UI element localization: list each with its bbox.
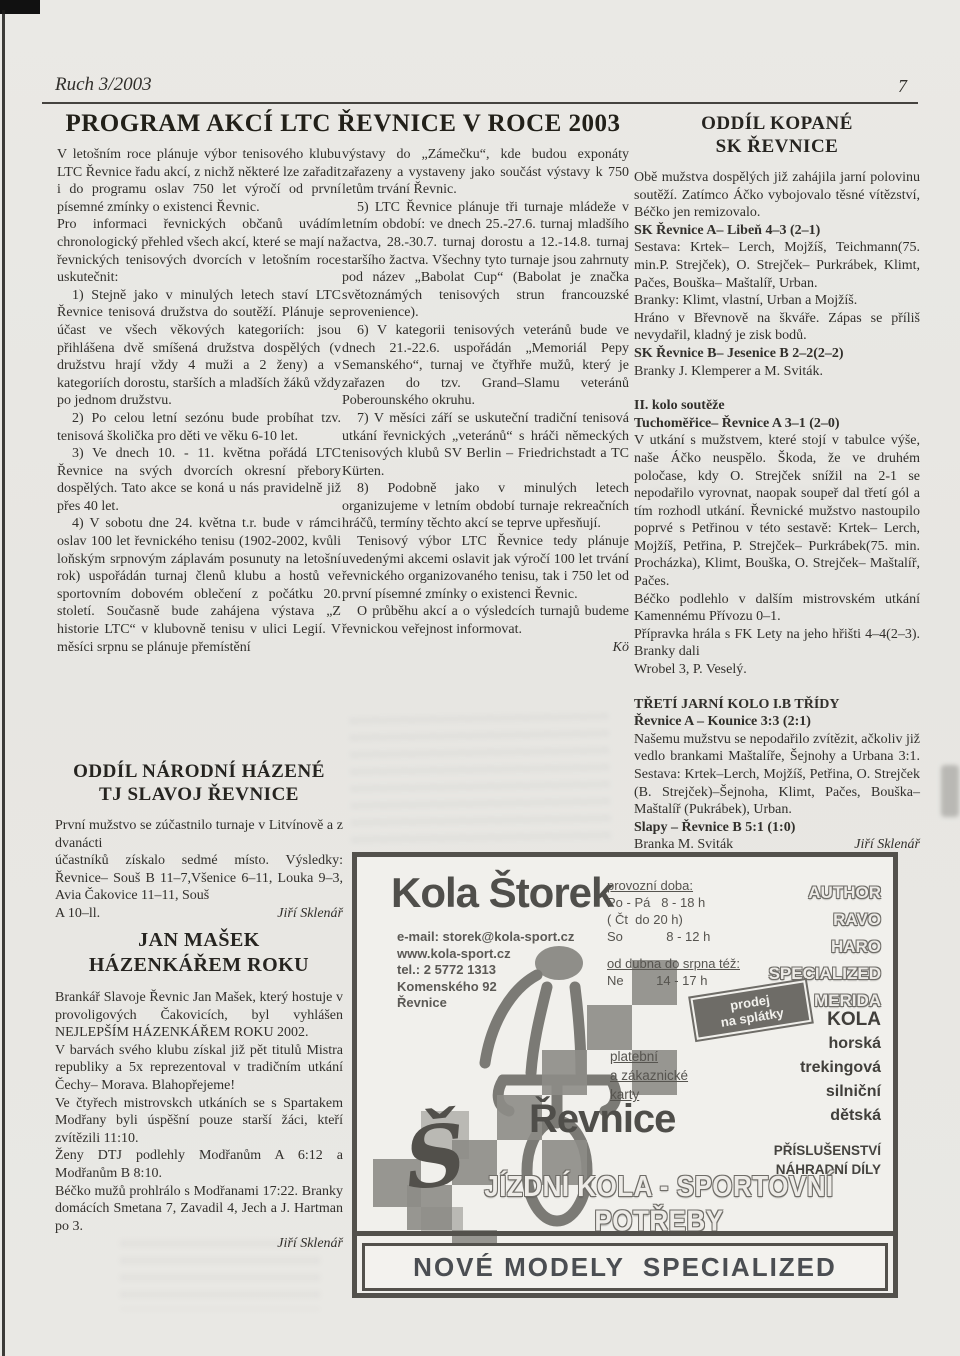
tennis-paragraph: 1) Stejně jako v minulých letech staví L… — [57, 287, 341, 410]
tennis-paragraph: Tenisový výbor LTC Řevnice tedy plánuje … — [342, 533, 629, 603]
bike-type: silniční — [800, 1080, 881, 1104]
tennis-column-2: výstavy do „Zámečku“, kde budou exponáty… — [342, 146, 629, 656]
hazena-paragraph: A 10–ll.Jiří Sklenář — [55, 905, 343, 923]
tennis-paragraph: 3) Ve dnech 10. - 11. května pořádá LTC … — [57, 445, 341, 515]
brand-name: AUTHOR — [769, 879, 881, 906]
football-paragraph: Branky: Klimt, vlastní, Urban a Mojžíš. — [634, 292, 920, 310]
ad-banner: JÍZDNÍ KOLA - SPORTOVNÍ POTŘEBY — [423, 1169, 895, 1238]
tennis-paragraph: výstavy do „Zámečku“, kde budou exponáty… — [342, 146, 629, 199]
shop-name: Kola Štorek — [391, 869, 613, 917]
hazena-paragraph: účastníků získalo sedmé místo. Výsledky:… — [55, 852, 343, 905]
contact-line: e-mail: storek@kola-sport.cz — [397, 929, 574, 946]
hazena-title-line1: ODDÍL NÁRODNÍ HÁZENÉ — [55, 760, 343, 783]
tennis-article-title: PROGRAM AKCÍ LTC ŘEVNICE V ROCE 2003 — [58, 110, 628, 138]
football-paragraph: Hráno v Břevnově na škváře. Zápas se pří… — [634, 310, 920, 345]
football-title-line1: ODDÍL KOPANÉ — [634, 112, 920, 135]
contact-line: tel.: 2 5772 1313 — [397, 962, 574, 979]
newspaper-page: Ruch 3/2003 7 PROGRAM AKCÍ LTC ŘEVNICE V… — [0, 0, 960, 1356]
football-paragraph: Tuchoměřice– Řevnice A 3–1 (2–0) — [634, 415, 920, 433]
opening-hours: provozní doba: Po - Pá 8 - 18 h( Čt do 2… — [607, 877, 740, 989]
tennis-paragraph: 4) V sobotu dne 24. května t.r. bude v r… — [57, 515, 341, 656]
scan-artifact — [0, 0, 40, 14]
brand-name: SPECIALIZED — [769, 960, 881, 987]
tennis-paragraph: Kö — [342, 639, 629, 657]
hazena-article: ODDÍL NÁRODNÍ HÁZENÉ TJ SLAVOJ ŘEVNICE P… — [55, 760, 343, 923]
masek-paragraph: Brankář Slavoje Řevnic Jan Mašek, který … — [55, 989, 343, 1042]
hours-line: Ne 14 - 17 h — [607, 972, 740, 989]
bike-type: trekingová — [800, 1056, 881, 1080]
football-body: Obě mužstva dospělých již zahájila jarní… — [634, 169, 920, 854]
payment-cards-note: platebnía zákaznickékarty — [610, 1047, 688, 1104]
tennis-paragraph: Pro informaci řevnických občanů uvádím c… — [57, 216, 341, 286]
football-paragraph: Béčko podlehlo v dalším mistrovském utká… — [634, 591, 920, 626]
masek-article: JAN MAŠEK HÁZENKÁŘEM ROKU Brankář Slavoj… — [55, 928, 343, 1253]
shop-contact: e-mail: storek@kola-sport.czwww.kola-spo… — [397, 929, 574, 1012]
football-paragraph: SK Řevnice A– Libeň 4–3 (2–1) — [634, 222, 920, 240]
ad-bottom-banner-text: NOVÉ MODELY SPECIALIZED — [413, 1252, 837, 1283]
bike-types: KOLA horskátrekingovásilničnídětská — [800, 1007, 881, 1128]
tennis-paragraph: 6) V kategorii tenisových veteránů bude … — [342, 322, 629, 410]
football-article: ODDÍL KOPANÉ SK ŘEVNICE Obě mužstva dosp… — [634, 112, 920, 854]
kola-word: KOLA — [800, 1007, 881, 1032]
football-paragraph: Wrobel 3, P. Veselý. — [634, 661, 920, 679]
tennis-paragraph: O průběhu akcí a o výsledcích turnajů bu… — [342, 603, 629, 638]
football-paragraph: Obě mužstva dospělých již zahájila jarní… — [634, 169, 920, 222]
masek-paragraph: Ženy DTJ podlehly Modřanům A 6:12 a Modř… — [55, 1147, 343, 1182]
tennis-paragraph: 2) Po celou letní sezónu bude probíhat t… — [57, 410, 341, 445]
brand-name: HARO — [769, 933, 881, 960]
football-title-line2: SK ŘEVNICE — [634, 135, 920, 158]
football-paragraph: Našemu mužstvu se nepodařilo zvítězit, a… — [634, 731, 920, 819]
tennis-paragraph: 5) LTC Řevnice plánuje tři turnaje mláde… — [342, 199, 629, 322]
football-paragraph: Branky J. Klemperer a M. Sviták. — [634, 363, 920, 381]
hazena-paragraph-signature: Jiří Sklenář — [277, 905, 343, 923]
hours-title: provozní doba: — [607, 877, 740, 894]
cards-line: platební — [610, 1047, 688, 1066]
bleed-through — [349, 713, 611, 848]
tennis-column-1: V letošním roce plánuje výbor tenisového… — [57, 146, 341, 656]
scan-edge-line — [2, 10, 5, 1356]
bike-shop-ad: Š Kola Štorek e-mail: storek@kola-sport.… — [352, 852, 898, 1298]
masek-title-line2: HÁZENKÁŘEM ROKU — [55, 953, 343, 978]
hours2-title: od dubna do srpna též: — [607, 955, 740, 972]
installment-stamp: prodej na splátky — [693, 982, 810, 1037]
football-paragraph: Řevnice A – Kounice 3:3 (2:1) — [634, 713, 920, 731]
contact-line: www.kola-sport.cz — [397, 946, 574, 963]
brand-name: RAVO — [769, 906, 881, 933]
header-rule — [42, 102, 918, 104]
masek-paragraph: Béčko mužů prohlrálo s Modřanami 17:22. … — [55, 1183, 343, 1236]
masek-paragraph: V barvách svého klubu získal již pět tit… — [55, 1042, 343, 1095]
football-paragraph: V utkání s mužstvem, které stojí v tabul… — [634, 432, 920, 590]
football-paragraph: II. kolo soutěže — [634, 397, 920, 415]
hazena-paragraph: První mužstvo se zúčastnilo turnaje v Li… — [55, 817, 343, 852]
hazena-paragraph-left: A 10–ll. — [55, 905, 100, 923]
hours-line: So 8 - 12 h — [607, 928, 740, 945]
bike-type: horská — [800, 1032, 881, 1056]
accessories-line: PŘÍSLUŠENSTVÍ — [774, 1141, 881, 1160]
hazena-body: První mužstvo se zúčastnilo turnaje v Li… — [55, 817, 343, 923]
hazena-title-line2: TJ SLAVOJ ŘEVNICE — [55, 783, 343, 806]
scan-smudge — [941, 765, 959, 817]
hours-line: Po - Pá 8 - 18 h — [607, 894, 740, 911]
shop-city: Řevnice — [529, 1097, 675, 1142]
masek-title-line1: JAN MAŠEK — [55, 928, 343, 953]
ad-bottom-band-box: NOVÉ MODELY SPECIALIZED — [362, 1243, 888, 1291]
football-paragraph: SK Řevnice B– Jesenice B 2–2(2–2) — [634, 345, 920, 363]
masek-body: Brankář Slavoje Řevnic Jan Mašek, který … — [55, 989, 343, 1253]
football-paragraph: TŘETÍ JARNÍ KOLO I.B TŘÍDY — [634, 696, 920, 714]
tennis-paragraph: V letošním roce plánuje výbor tenisového… — [57, 146, 341, 216]
football-paragraph: Přípravka hrála s FK Lety na jeho hřišti… — [634, 626, 920, 661]
masek-paragraph: Jiří Sklenář — [55, 1235, 343, 1253]
ad-bottom-band: NOVÉ MODELY SPECIALIZED — [352, 1231, 898, 1298]
tennis-paragraph: 8) Podobně jako v minulých letech organi… — [342, 480, 629, 533]
hours-line: ( Čt do 20 h) — [607, 911, 740, 928]
contact-line: Komenského 92 — [397, 979, 574, 996]
football-paragraph: Sestava: Krtek– Lerch, Mojžíš, Teichmann… — [634, 239, 920, 292]
bike-type: dětská — [800, 1104, 881, 1128]
page-number: 7 — [898, 76, 907, 97]
journal-title: Ruch 3/2003 — [55, 74, 152, 96]
contact-line: Řevnice — [397, 995, 574, 1012]
football-paragraph: Slapy – Řevnice B 5:1 (1:0) — [634, 819, 920, 837]
tennis-paragraph: 7) V měsíci září se uskuteční tradiční t… — [342, 410, 629, 480]
masek-paragraph: Ve čtyřech mistrovskch utkáních se s Spa… — [55, 1095, 343, 1148]
cards-line: a zákaznické — [610, 1066, 688, 1085]
